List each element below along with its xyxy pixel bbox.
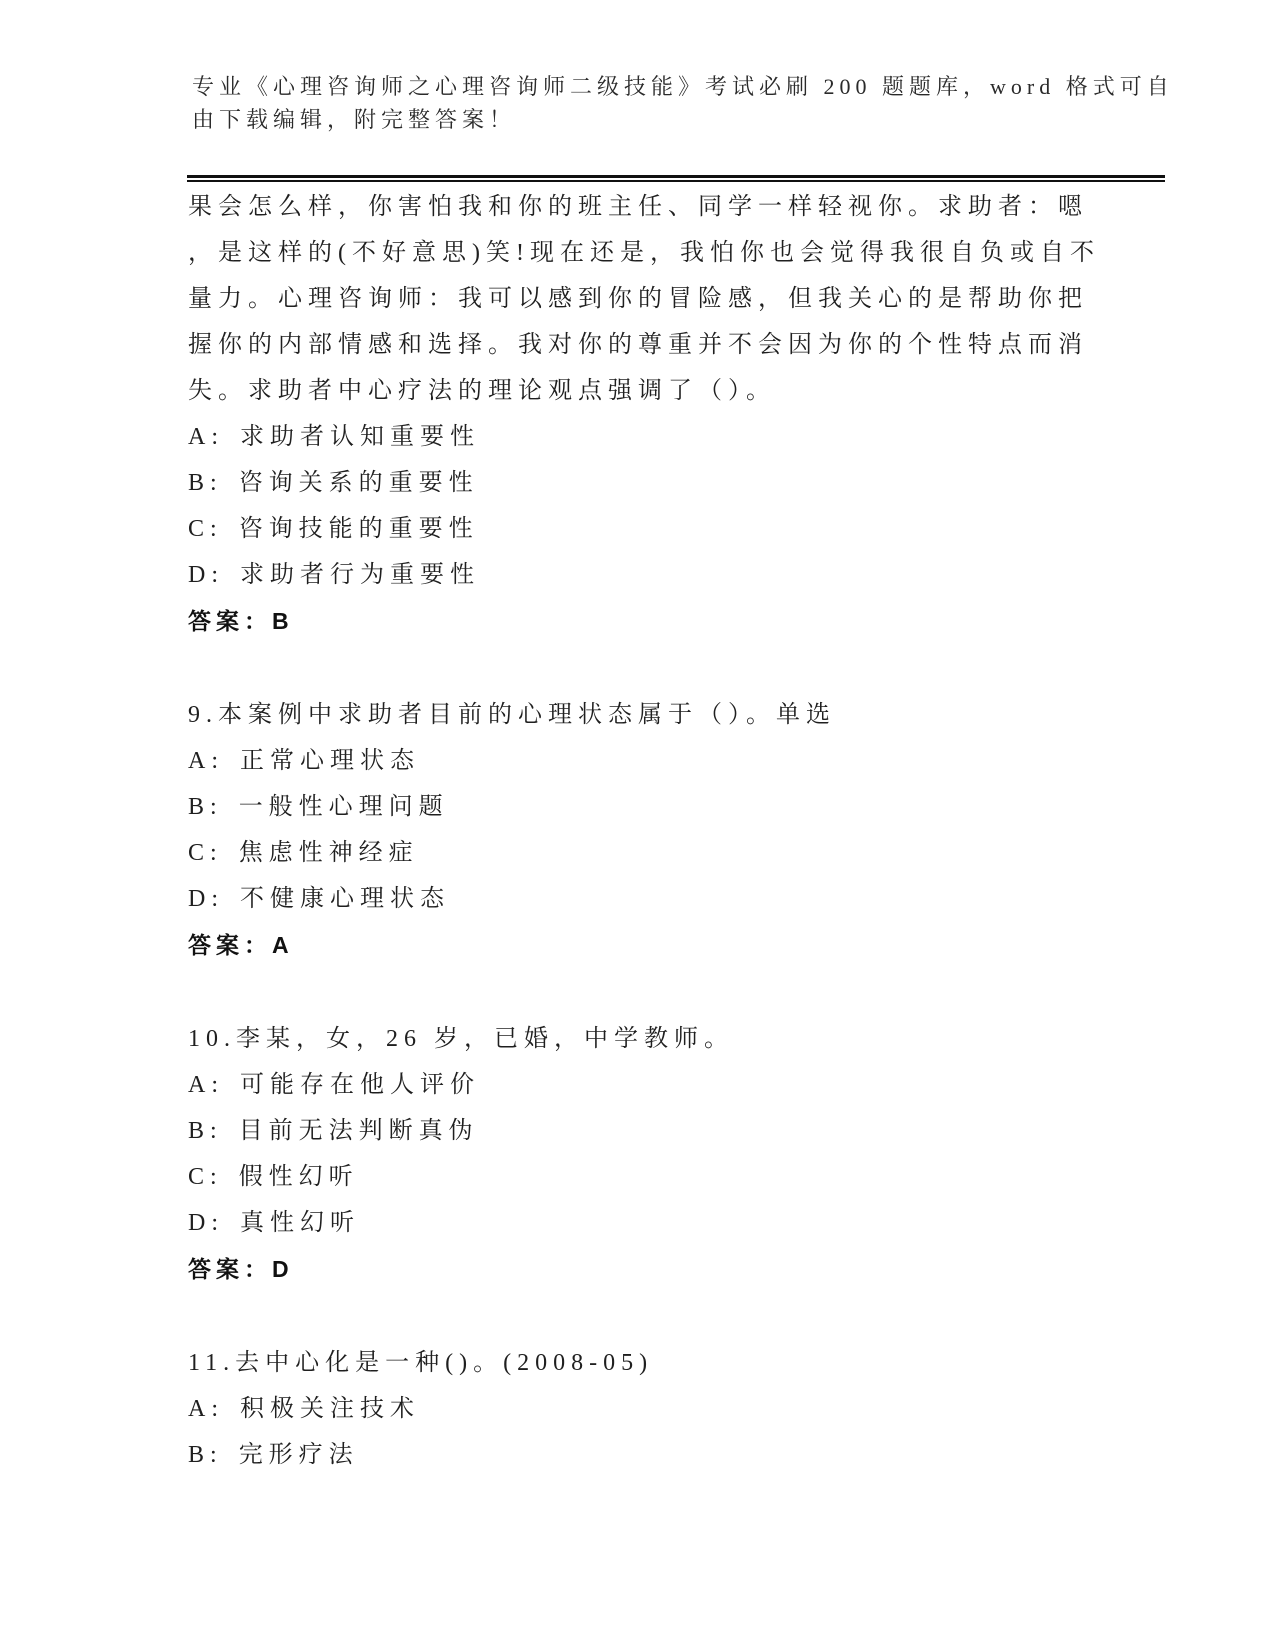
option-text: 目前无法判断真伪 (239, 1118, 479, 1144)
option-label: D: (188, 1210, 224, 1236)
document-page: 专业《心理咨询师之心理咨询师二级技能》考试必刷 200 题题库，word 格式可… (0, 0, 1275, 1650)
option-label: B: (188, 470, 223, 496)
question-9-option-a: A:正常心理状态 (188, 738, 1188, 784)
question-8-option-b: B:咨询关系的重要性 (188, 460, 1188, 506)
question-10-option-a: A:可能存在他人评价 (188, 1062, 1188, 1108)
question-block-11: 11.去中心化是一种()。(2008-05) A:积极关注技术 B:完形疗法 (188, 1340, 1188, 1478)
question-11-stem: 11.去中心化是一种()。(2008-05) (188, 1340, 1188, 1386)
question-9-option-c: C:焦虑性神经症 (188, 830, 1188, 876)
option-label: B: (188, 1118, 223, 1144)
option-label: C: (188, 516, 223, 542)
question-block-9: 9.本案例中求助者目前的心理状态属于（）。单选 A:正常心理状态 B:一般性心理… (188, 692, 1188, 968)
option-text: 真性幻听 (240, 1210, 360, 1236)
question-11-option-b: B:完形疗法 (188, 1432, 1188, 1478)
option-text: 可能存在他人评价 (240, 1072, 480, 1098)
option-label: D: (188, 562, 224, 588)
question-9-answer-row: 答案：A (188, 922, 1188, 968)
document-body: 果会怎么样，你害怕我和你的班主任、同学一样轻视你。求助者：嗯 ，是这样的(不好意… (188, 184, 1188, 1526)
question-8-text-line: ，是这样的(不好意思)笑!现在还是，我怕你也会觉得我很自负或自不 (188, 230, 1188, 276)
option-text: 积极关注技术 (240, 1396, 420, 1422)
answer-value: D (272, 1256, 294, 1282)
question-8-text-line: 量力。心理咨询师：我可以感到你的冒险感，但我关心的是帮助你把 (188, 276, 1188, 322)
question-8-option-a: A:求助者认知重要性 (188, 414, 1188, 460)
question-8-option-c: C:咨询技能的重要性 (188, 506, 1188, 552)
question-11-option-a: A:积极关注技术 (188, 1386, 1188, 1432)
question-block-8-continuation: 果会怎么样，你害怕我和你的班主任、同学一样轻视你。求助者：嗯 ，是这样的(不好意… (188, 184, 1188, 644)
document-header: 专业《心理咨询师之心理咨询师二级技能》考试必刷 200 题题库，word 格式可… (192, 70, 1172, 136)
option-label: C: (188, 840, 223, 866)
question-block-10: 10.李某，女，26 岁，已婚，中学教师。 A:可能存在他人评价 B:目前无法判… (188, 1016, 1188, 1292)
question-10-answer-row: 答案：D (188, 1246, 1188, 1292)
question-10-option-d: D:真性幻听 (188, 1200, 1188, 1246)
option-text: 正常心理状态 (240, 748, 420, 774)
option-text: 完形疗法 (239, 1442, 359, 1468)
option-text: 不健康心理状态 (240, 886, 450, 912)
option-text: 求助者认知重要性 (240, 424, 480, 450)
option-text: 假性幻听 (239, 1164, 359, 1190)
question-9-option-d: D:不健康心理状态 (188, 876, 1188, 922)
header-divider (187, 175, 1165, 182)
question-8-text-line: 果会怎么样，你害怕我和你的班主任、同学一样轻视你。求助者：嗯 (188, 184, 1188, 230)
question-8-answer-row: 答案：B (188, 598, 1188, 644)
question-10-option-c: C:假性幻听 (188, 1154, 1188, 1200)
header-title-line-1: 专业《心理咨询师之心理咨询师二级技能》考试必刷 200 题题库，word 格式可… (192, 70, 1172, 103)
answer-label: 答案： (188, 1256, 272, 1282)
option-text: 咨询技能的重要性 (239, 516, 479, 542)
answer-value: B (272, 608, 294, 634)
question-9-option-b: B:一般性心理问题 (188, 784, 1188, 830)
question-9-stem: 9.本案例中求助者目前的心理状态属于（）。单选 (188, 692, 1188, 738)
question-10-stem: 10.李某，女，26 岁，已婚，中学教师。 (188, 1016, 1188, 1062)
option-label: D: (188, 886, 224, 912)
option-text: 焦虑性神经症 (239, 840, 419, 866)
option-label: A: (188, 748, 224, 774)
option-text: 求助者行为重要性 (240, 562, 480, 588)
option-label: B: (188, 1442, 223, 1468)
option-label: A: (188, 1396, 224, 1422)
question-10-option-b: B:目前无法判断真伪 (188, 1108, 1188, 1154)
option-label: A: (188, 1072, 224, 1098)
answer-label: 答案： (188, 932, 272, 958)
answer-label: 答案： (188, 608, 272, 634)
question-8-text-line: 失。求助者中心疗法的理论观点强调了（）。 (188, 368, 1188, 414)
option-text: 咨询关系的重要性 (239, 470, 479, 496)
answer-value: A (272, 932, 294, 958)
question-8-option-d: D:求助者行为重要性 (188, 552, 1188, 598)
option-label: A: (188, 424, 224, 450)
header-title-line-2: 由下载编辑，附完整答案！ (192, 103, 1172, 136)
question-8-text-line: 握你的内部情感和选择。我对你的尊重并不会因为你的个性特点而消 (188, 322, 1188, 368)
option-text: 一般性心理问题 (239, 794, 449, 820)
option-label: B: (188, 794, 223, 820)
option-label: C: (188, 1164, 223, 1190)
